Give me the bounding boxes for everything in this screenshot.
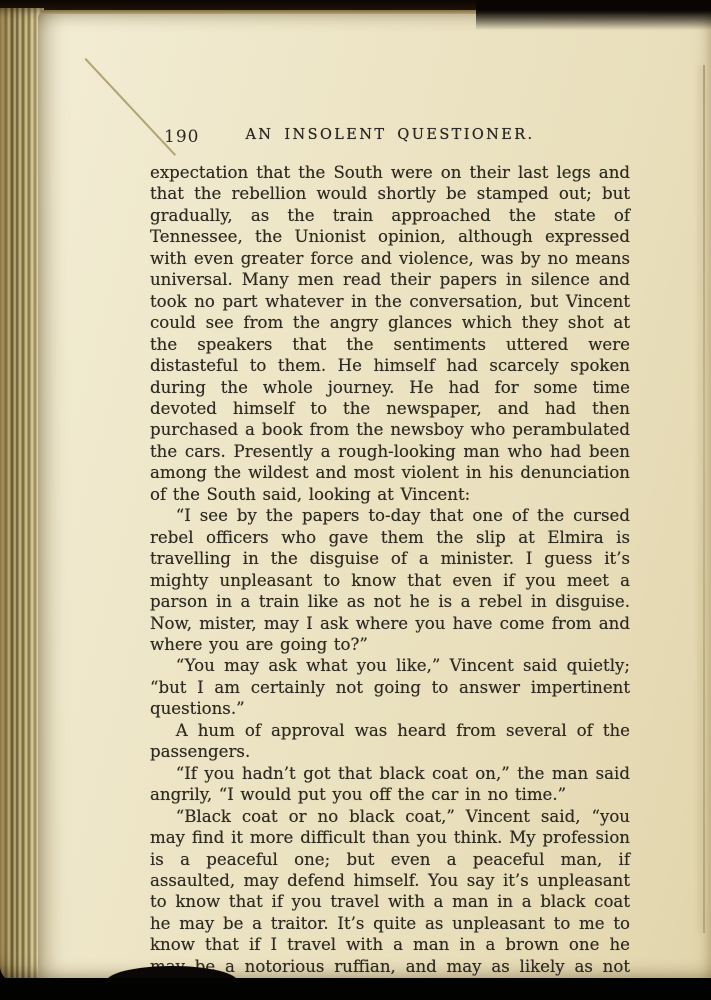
paragraph: A hum of approval was heard from several… (150, 720, 630, 763)
paragraph: “Black coat or no black coat,” Vincent s… (150, 806, 630, 999)
top-right-shadow (476, 0, 711, 30)
book-scan: 190 AN INSOLENT QUESTIONER. expectation … (0, 0, 711, 1000)
running-title: AN INSOLENT QUESTIONER. (150, 127, 630, 143)
page-header: 190 AN INSOLENT QUESTIONER. (150, 127, 630, 147)
paragraph: expectation that the South were on their… (150, 162, 630, 505)
page-number: 190 (164, 127, 199, 147)
page-content: 190 AN INSOLENT QUESTIONER. expectation … (150, 127, 630, 999)
bottom-shadow-band (0, 978, 711, 1000)
paragraph: “If you hadn’t got that black coat on,” … (150, 763, 630, 806)
paragraph: “You may ask what you like,” Vincent sai… (150, 655, 630, 719)
paragraph: “I see by the papers to-day that one of … (150, 505, 630, 655)
body-text: expectation that the South were on their… (150, 162, 630, 999)
page-right-edge (703, 65, 705, 933)
